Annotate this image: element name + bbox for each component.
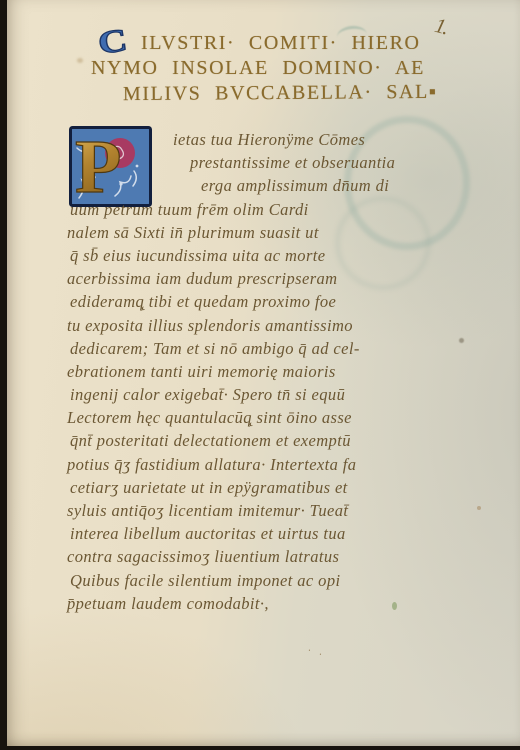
foxing-spot [459,338,464,343]
text-line: interea libellum auctoritas et uirtus tu… [70,522,427,545]
text-line: contra sagacissimoʒ liuentium latratus [67,545,427,568]
body-text: ietas tua Hieronÿme Cōmes prestantissime… [67,128,427,615]
text-line: q̄ sb̄ eius iucundissima uita ac morte [70,244,427,267]
text-line: edideramq̨ tibi et quedam proximo foe [70,290,427,313]
manuscript-photo: 1. C ILVSTRI· COMITI· HIERO NYMO INSOLAE… [0,0,520,750]
manuscript-page: 1. C ILVSTRI· COMITI· HIERO NYMO INSOLAE… [7,0,520,746]
paraph-icon: C [96,23,129,59]
text-line: ebrationem tanti uiri memorię maioris [67,360,427,383]
text-line: prestantissime et obseruantia [70,151,427,174]
heading-line: MILIVS BVCCABELLA· SAL▪ [123,81,438,106]
text-line: uum petrum tuum frēm olim Cardi [70,198,427,221]
text-line: dedicarem; Tam et si nō ambigo q̄ ad cel… [70,337,427,360]
text-line: erga amplissimum dn̄um di [67,174,427,197]
text-line: tu exposita illius splendoris amantissim… [67,314,427,337]
text-line: Quibus facile silentium imponet ac opi [70,569,427,592]
text-line: cetiarʒ uarietate ut in epÿgramatibus et [70,476,427,499]
text-line: syluis antiq̄oʒ licentiam imitemur· Tuea… [67,499,427,522]
folio-number: 1. [432,13,449,40]
text-line: nalem sā Sixti in̄ plurimum suasit ut [67,221,427,244]
text-line: ingenij calor exigebat̄· Spero tn̄ si eq… [70,383,427,406]
text-line: acerbissima iam dudum prescripseram [67,267,427,290]
foxing-spot [77,58,83,63]
text-line: p̄petuam laudem comodabit·, [67,592,427,615]
foxing-spot [477,506,481,510]
text-line: q̄nt̄ posteritati delectationem et exemp… [70,429,427,452]
text-line: potius q̄ʒ fastidium allatura· Intertext… [67,453,427,476]
heading-line: ILVSTRI· COMITI· HIERO [141,32,421,55]
text-line: ietas tua Hieronÿme Cōmes [67,128,427,151]
heading-line: NYMO INSOLAE DOMINO· AE [91,57,425,80]
quire-mark-dots: · · [306,645,327,662]
text-line: Lectorem hęc quantulacūq̨ sint ōino asse [67,406,427,429]
